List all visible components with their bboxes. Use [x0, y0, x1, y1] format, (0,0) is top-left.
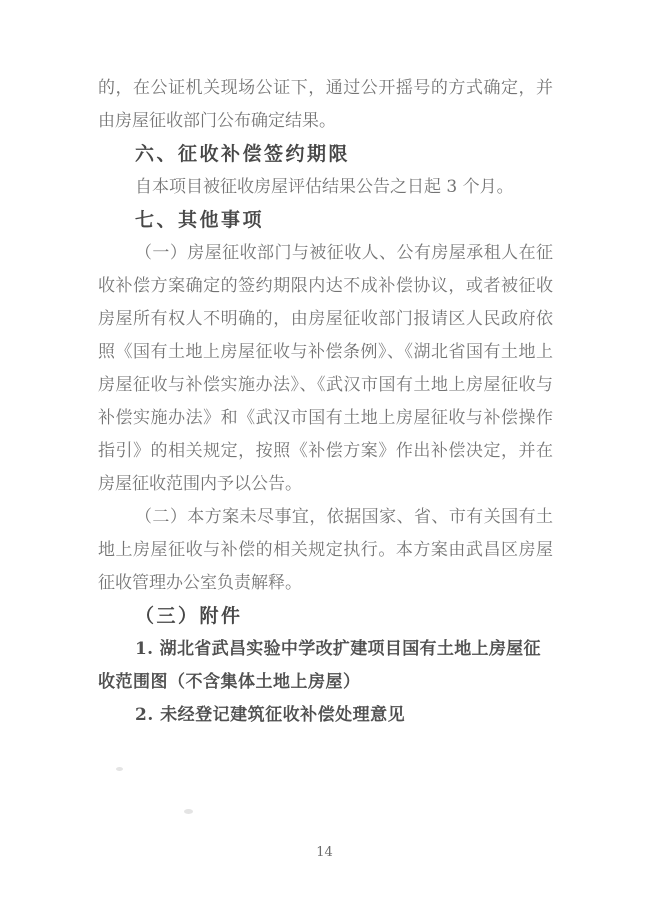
- body-text-line: 照《国有土地上房屋征收与补偿条例》、《湖北省国有土地上: [98, 336, 553, 369]
- line-text: 2. 未经登记建筑征收补偿处理意见: [135, 705, 405, 725]
- attachment-line: 2. 未经登记建筑征收补偿处理意见: [98, 699, 553, 732]
- line-text: 七、其他事项: [135, 209, 264, 231]
- body-text-line: 地上房屋征收与补偿的相关规定执行。本方案由武昌区房屋: [98, 534, 553, 567]
- page-number: 14: [0, 846, 649, 860]
- line-text: （一）房屋征收部门与被征收人、公有房屋承租人在征: [135, 243, 553, 263]
- body-text-line: 由房屋征收部门公布确定结果。: [98, 105, 553, 138]
- line-text: 征收管理办公室负责解释。: [98, 573, 302, 593]
- attachment-line: 1. 湖北省武昌实验中学改扩建项目国有土地上房屋征: [98, 633, 553, 666]
- line-text: 指引》的相关规定，按照《补偿方案》作出补偿决定，并在: [98, 441, 554, 461]
- section-heading: 六、征收补偿签约期限: [98, 138, 553, 171]
- body-text-line: 房屋征收范围内予以公告。: [98, 468, 553, 501]
- line-text: 收补偿方案确定的签约期限内达不成补偿协议，或者被征收: [98, 276, 554, 296]
- body-text-line: 征收管理办公室负责解释。: [98, 567, 553, 600]
- line-text: 房屋所有权人不明确的，由房屋征收部门报请区人民政府依: [98, 309, 554, 329]
- line-text: 的，在公证机关现场公证下，通过公开摇号的方式确定，并: [98, 78, 554, 98]
- line-text: 收范围图（不含集体土地上房屋）: [98, 672, 361, 692]
- line-text: 地上房屋征收与补偿的相关规定执行。本方案由武昌区房屋: [98, 540, 554, 560]
- line-text: 照《国有土地上房屋征收与补偿条例》、《湖北省国有土地上: [98, 342, 554, 362]
- attachment-line: 收范围图（不含集体土地上房屋）: [98, 666, 553, 699]
- line-text: 房屋征收范围内予以公告。: [98, 474, 302, 494]
- line-text: 补偿实施办法》和《武汉市国有土地上房屋征收与补偿操作: [98, 408, 554, 428]
- body-text-line: 房屋征收与补偿实施办法》、《武汉市国有土地上房屋征收与: [98, 369, 553, 402]
- scanned-document-page: 的，在公证机关现场公证下，通过公开摇号的方式确定，并由房屋征收部门公布确定结果。…: [0, 0, 649, 919]
- line-text: 1. 湖北省武昌实验中学改扩建项目国有土地上房屋征: [135, 639, 541, 659]
- scan-speck: [116, 767, 123, 771]
- scan-speck: [184, 809, 193, 814]
- line-text: 自本项目被征收房屋评估结果公告之日起 3 个月。: [135, 177, 514, 197]
- body-text-line: （一）房屋征收部门与被征收人、公有房屋承租人在征: [98, 237, 553, 270]
- line-text: （三）附件: [135, 605, 243, 627]
- section-heading: 七、其他事项: [98, 204, 553, 237]
- section-heading: （三）附件: [98, 600, 553, 633]
- document-text-block: 的，在公证机关现场公证下，通过公开摇号的方式确定，并由房屋征收部门公布确定结果。…: [98, 72, 553, 732]
- body-text-line: 房屋所有权人不明确的，由房屋征收部门报请区人民政府依: [98, 303, 553, 336]
- body-text-line: 收补偿方案确定的签约期限内达不成补偿协议，或者被征收: [98, 270, 553, 303]
- body-text-line: 自本项目被征收房屋评估结果公告之日起 3 个月。: [98, 171, 553, 204]
- line-text: 六、征收补偿签约期限: [135, 143, 350, 165]
- line-text: （二）本方案未尽事宜，依据国家、省、市有关国有土: [135, 507, 553, 527]
- body-text-line: 指引》的相关规定，按照《补偿方案》作出补偿决定，并在: [98, 435, 553, 468]
- line-text: 由房屋征收部门公布确定结果。: [98, 111, 336, 131]
- body-text-line: 的，在公证机关现场公证下，通过公开摇号的方式确定，并: [98, 72, 553, 105]
- body-text-line: （二）本方案未尽事宜，依据国家、省、市有关国有土: [98, 501, 553, 534]
- line-text: 房屋征收与补偿实施办法》、《武汉市国有土地上房屋征收与: [98, 375, 554, 395]
- body-text-line: 补偿实施办法》和《武汉市国有土地上房屋征收与补偿操作: [98, 402, 553, 435]
